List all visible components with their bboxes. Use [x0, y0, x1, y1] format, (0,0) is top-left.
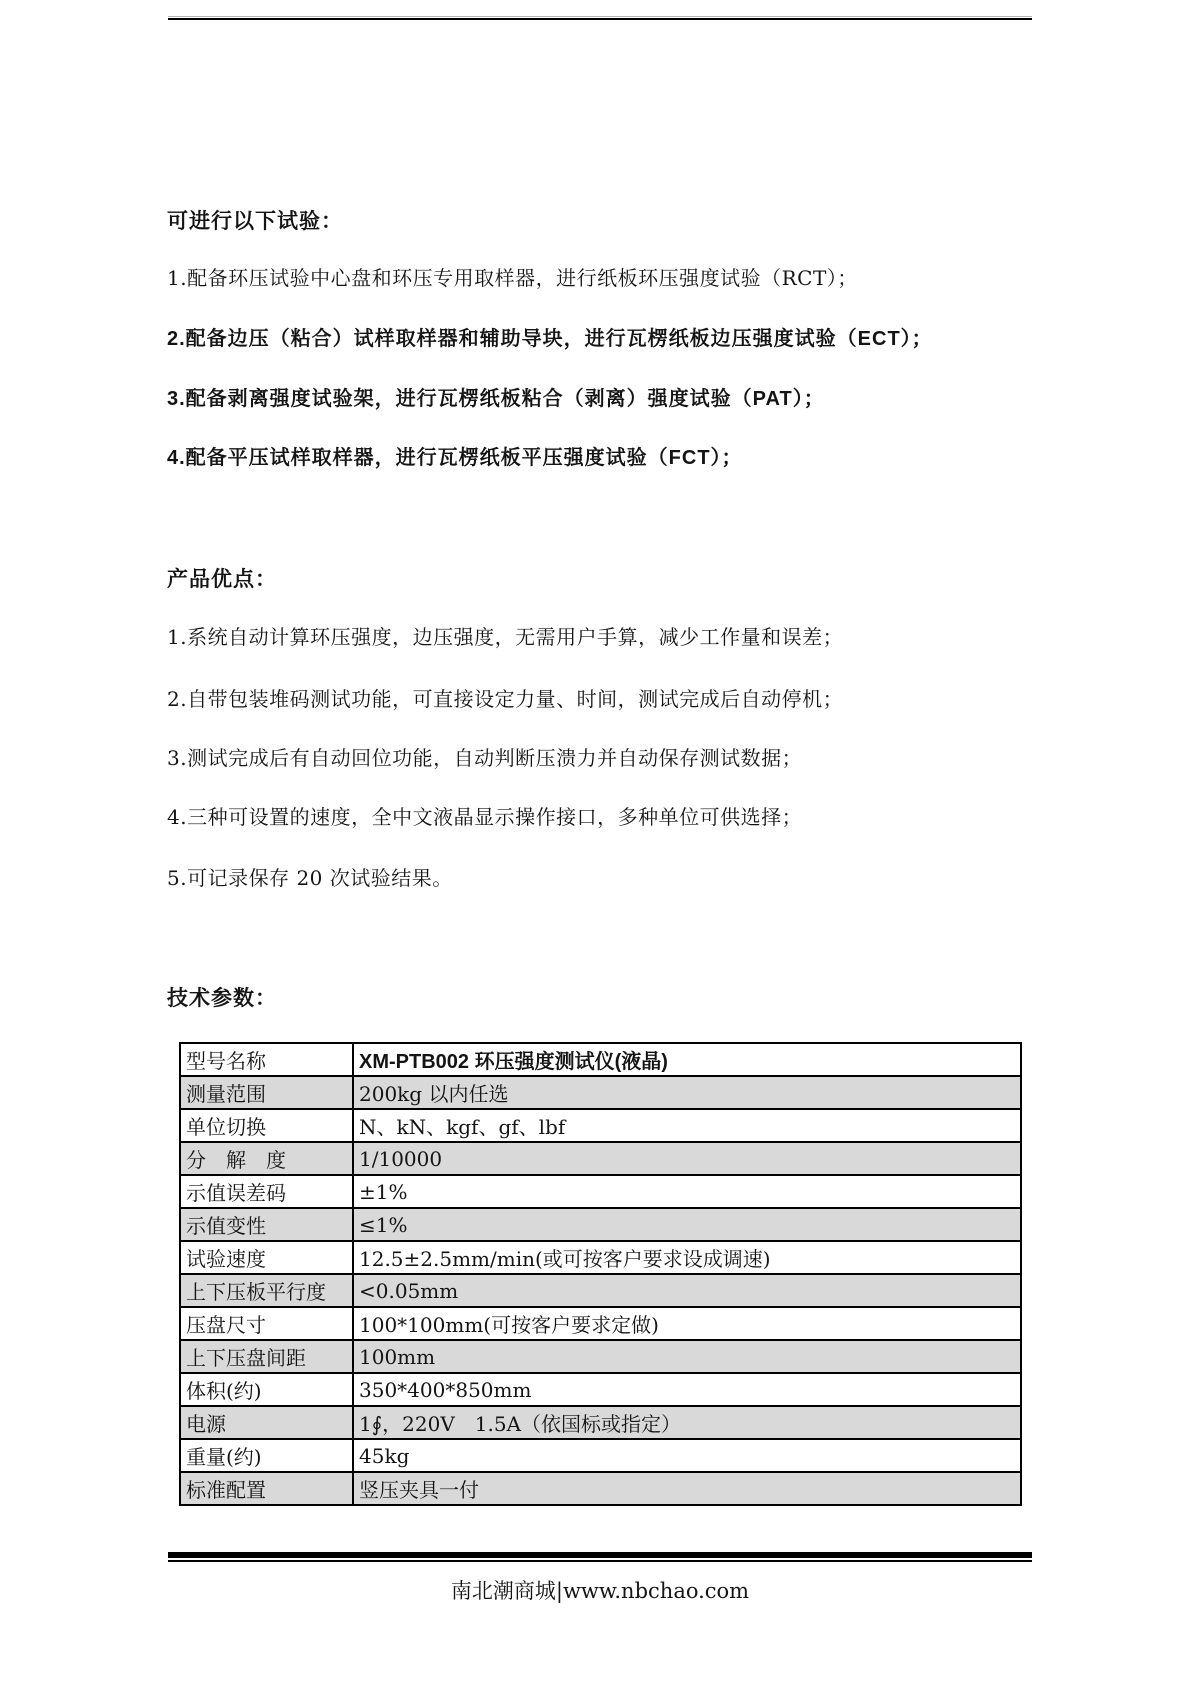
- list-item: 2.配备边压（粘合）试样取样器和辅助导块，进行瓦楞纸板边压强度试验（ECT）；: [167, 322, 933, 351]
- spec-label: 试验速度: [180, 1241, 353, 1274]
- spec-value: 350*400*850mm: [353, 1373, 1021, 1406]
- list-item: 3.测试完成后有自动回位功能，自动判断压溃力并自动保存测试数据；: [167, 742, 802, 771]
- spec-row: 标准配置 竖压夹具一付: [180, 1472, 1021, 1505]
- spec-row: 试验速度 12.5±2.5mm/min(或可按客户要求设成调速): [180, 1241, 1021, 1274]
- spec-value: ≤1%: [353, 1208, 1021, 1241]
- list-item: 1.系统自动计算环压强度，边压强度，无需用户手算，减少工作量和误差；: [167, 621, 843, 650]
- spec-row: 分 解 度 1/10000: [180, 1142, 1021, 1175]
- section-heading-specs: 技术参数：: [167, 982, 277, 1012]
- spec-label: 分 解 度: [180, 1142, 353, 1175]
- spec-value: 12.5±2.5mm/min(或可按客户要求设成调速): [353, 1241, 1021, 1274]
- spec-label: 上下压盘间距: [180, 1340, 353, 1373]
- spec-row: 单位切换 N、kN、kgf、gf、lbf: [180, 1109, 1021, 1142]
- spec-row: 上下压盘间距 100mm: [180, 1340, 1021, 1373]
- list-item: 4.配备平压试样取样器，进行瓦楞纸板平压强度试验（FCT）；: [167, 441, 743, 470]
- spec-label: 单位切换: [180, 1109, 353, 1142]
- list-item: 3.配备剥离强度试验架，进行瓦楞纸板粘合（剥离）强度试验（PAT）；: [167, 382, 825, 411]
- footer-site-text: 南北潮商城|www.nbchao.com: [0, 1575, 1200, 1605]
- spec-label: 示值误差码: [180, 1175, 353, 1208]
- spec-value: 1/10000: [353, 1142, 1021, 1175]
- spec-row: 示值变性 ≤1%: [180, 1208, 1021, 1241]
- spec-table: 型号名称 XM-PTB002 环压强度测试仪(液晶) 测量范围 200kg 以内…: [179, 1042, 1022, 1506]
- spec-value: XM-PTB002 环压强度测试仪(液晶): [353, 1043, 1021, 1076]
- spec-row: 电源 1∮，220V 1.5A（依国标或指定）: [180, 1406, 1021, 1439]
- spec-row: 重量(约) 45kg: [180, 1439, 1021, 1472]
- spec-value: 100*100mm(可按客户要求定做): [353, 1307, 1021, 1340]
- list-item: 2.自带包装堆码测试功能，可直接设定力量、时间，测试完成后自动停机；: [167, 683, 843, 712]
- spec-row: 示值误差码 ±1%: [180, 1175, 1021, 1208]
- list-item: 1.配备环压试验中心盘和环压专用取样器，进行纸板环压强度试验（RCT）；: [167, 262, 858, 291]
- spec-value: N、kN、kgf、gf、lbf: [353, 1109, 1021, 1142]
- spec-value: ±1%: [353, 1175, 1021, 1208]
- spec-row: 型号名称 XM-PTB002 环压强度测试仪(液晶): [180, 1043, 1021, 1076]
- page-top-divider: [168, 16, 1032, 20]
- spec-value: 100mm: [353, 1340, 1021, 1373]
- spec-label: 示值变性: [180, 1208, 353, 1241]
- spec-label: 压盘尺寸: [180, 1307, 353, 1340]
- list-item: 4.三种可设置的速度，全中文液晶显示操作接口，多种单位可供选择；: [167, 801, 802, 830]
- section-heading-advantages: 产品优点：: [167, 563, 277, 593]
- spec-value: 45kg: [353, 1439, 1021, 1472]
- section-heading-tests: 可进行以下试验：: [167, 205, 343, 235]
- spec-label: 型号名称: [180, 1043, 353, 1076]
- document-page: 可进行以下试验： 1.配备环压试验中心盘和环压专用取样器，进行纸板环压强度试验（…: [0, 0, 1200, 1697]
- spec-label: 电源: [180, 1406, 353, 1439]
- spec-row: 测量范围 200kg 以内任选: [180, 1076, 1021, 1109]
- spec-row: 压盘尺寸 100*100mm(可按客户要求定做): [180, 1307, 1021, 1340]
- spec-label: 体积(约): [180, 1373, 353, 1406]
- spec-label: 标准配置: [180, 1472, 353, 1505]
- spec-row: 上下压板平行度 <0.05mm: [180, 1274, 1021, 1307]
- page-bottom-divider: [168, 1552, 1032, 1562]
- spec-value: 1∮，220V 1.5A（依国标或指定）: [353, 1406, 1021, 1439]
- spec-row: 体积(约) 350*400*850mm: [180, 1373, 1021, 1406]
- list-item: 5.可记录保存 20 次试验结果。: [167, 862, 453, 891]
- spec-label: 测量范围: [180, 1076, 353, 1109]
- spec-label: 重量(约): [180, 1439, 353, 1472]
- spec-value: 200kg 以内任选: [353, 1076, 1021, 1109]
- spec-label: 上下压板平行度: [180, 1274, 353, 1307]
- spec-value: 竖压夹具一付: [353, 1472, 1021, 1505]
- spec-value: <0.05mm: [353, 1274, 1021, 1307]
